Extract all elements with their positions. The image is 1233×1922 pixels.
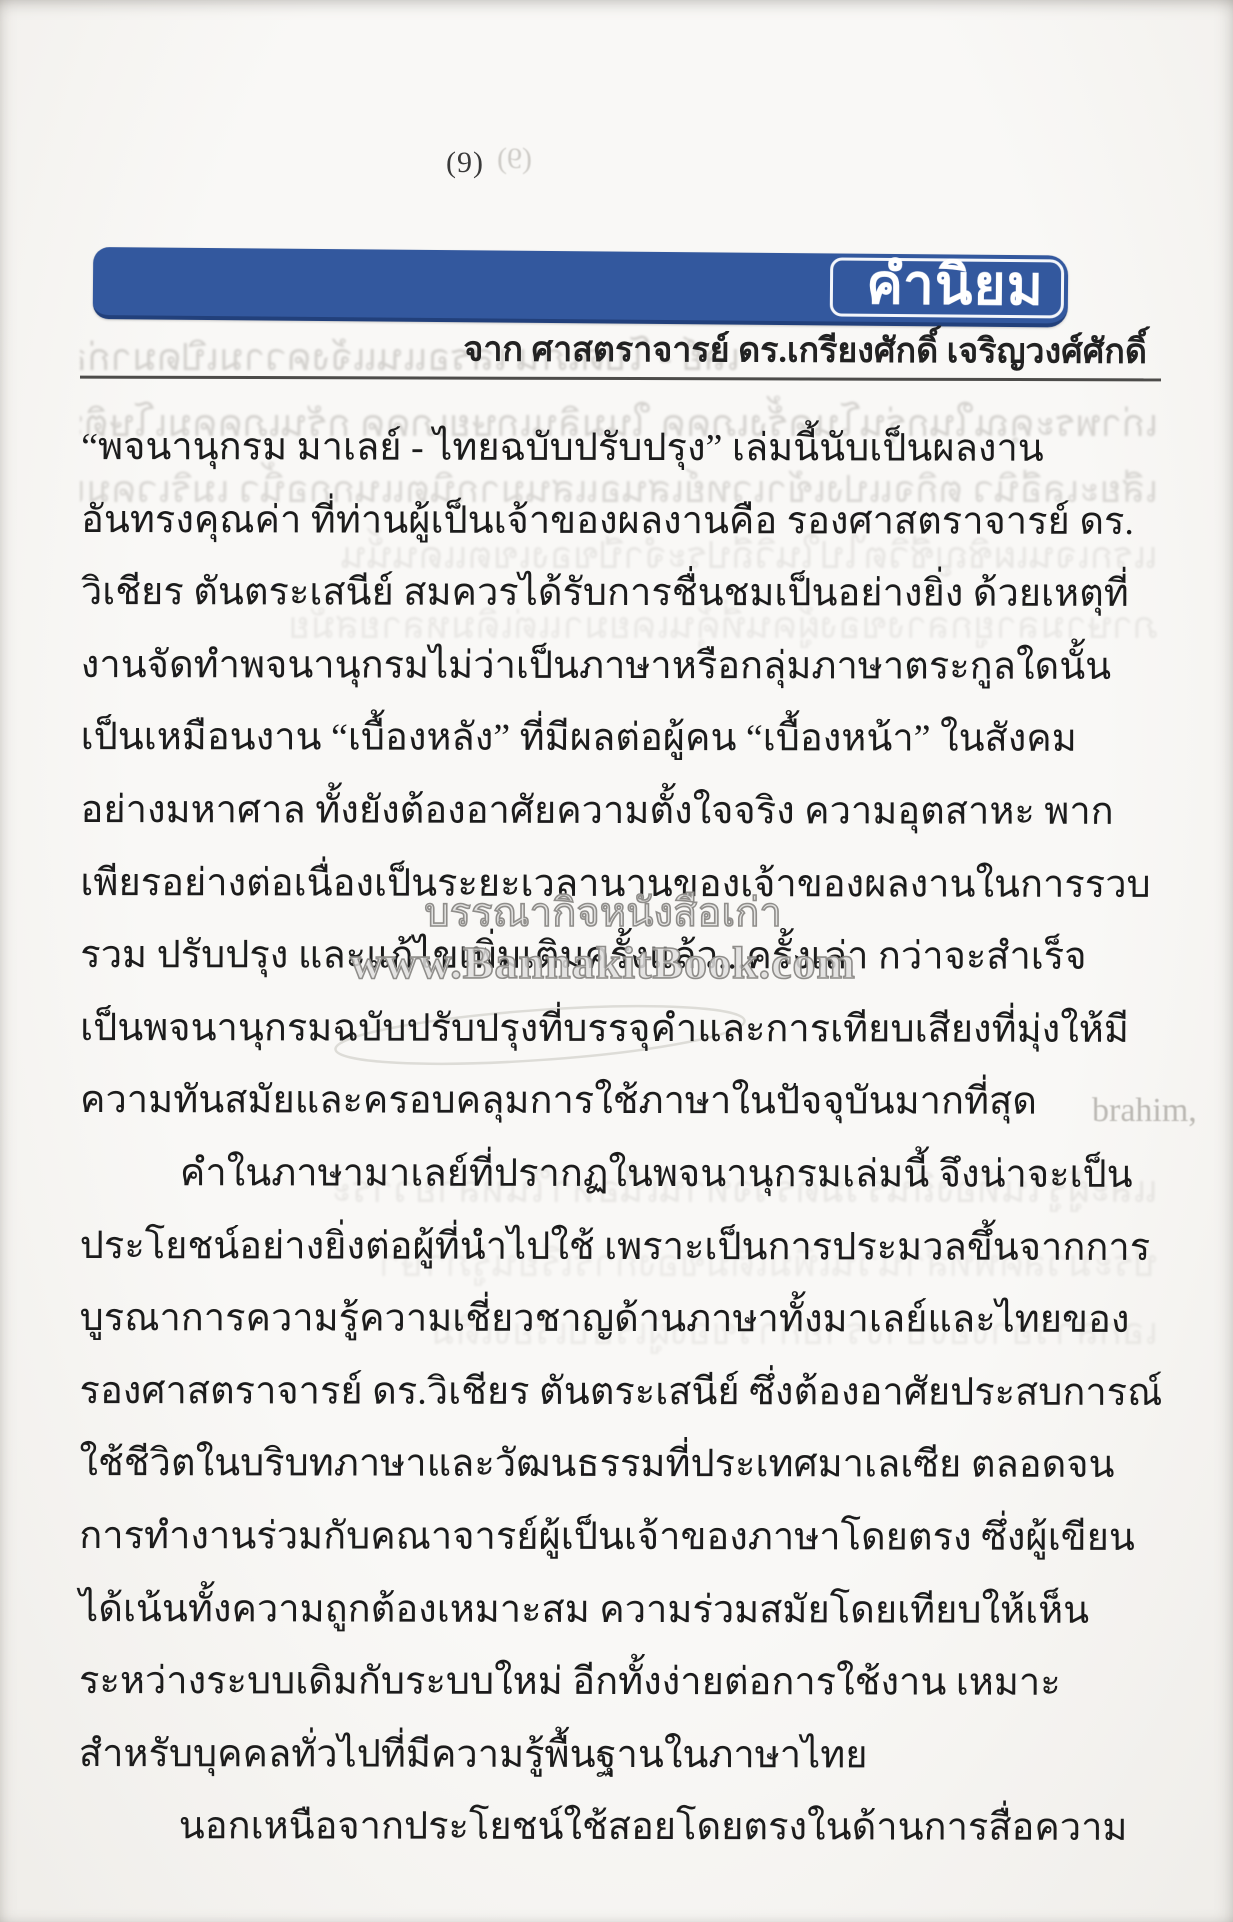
text-line: ความทันสมัยและครอบคลุมการใช้ภาษาในปัจจุบ… <box>80 1064 1158 1138</box>
text-line: ประโยชน์อย่างยิ่งต่อผู้ที่นำไปใช้ เพราะเ… <box>80 1210 1158 1284</box>
text-line: นอกเหนือจากประโยชน์ใช้สอยโดยตรงในด้านการ… <box>79 1790 1157 1864</box>
text-line: รองศาสตราจารย์ ดร.วิเชียร ตันตระเสนีย์ ซ… <box>79 1355 1157 1429</box>
text-line: บูรณาการความรู้ความเชี่ยวชาญด้านภาษาทั้ง… <box>80 1282 1158 1356</box>
paragraph-3: นอกเหนือจากประโยชน์ใช้สอยโดยตรงในด้านการ… <box>79 1790 1157 1864</box>
paragraph-2: คำในภาษามาเลย์ที่ปรากฏในพจนานุกรมเล่มนี้… <box>79 1137 1158 1792</box>
text-line: เป็นพจนานุกรมฉบับปรับปรุงที่บรรจุคำและกา… <box>80 992 1158 1066</box>
chapter-title: คำนิยม <box>866 241 1045 330</box>
text-line: เพียรอย่างต่อเนื่องเป็นระยะเวลานานของเจ้… <box>80 847 1158 921</box>
text-line: งานจัดทำพจนานุกรมไม่ว่าเป็นภาษาหรือกลุ่ม… <box>81 629 1159 703</box>
text-line: เป็นเหมือนงาน “เบื้องหลัง” ที่มีผลต่อผู้… <box>81 701 1159 775</box>
text-line: รวม ปรับปรุง และแก้ไขเพิ่มเติมครั้งแล้ว.… <box>80 919 1158 993</box>
text-line: อย่างมหาศาล ทั้งยังต้องอาศัยความตั้งใจจร… <box>81 774 1159 848</box>
text-line: ได้เน้นทั้งความถูกต้องเหมาะสม ความร่วมสม… <box>79 1573 1157 1647</box>
paragraph-1: “พจนานุกรม มาเลย์ - ไทยฉบับปรับปรุง” เล่… <box>80 411 1159 1139</box>
text-line: อันทรงคุณค่า ที่ท่านผู้เป็นเจ้าของผลงานค… <box>81 484 1159 558</box>
text-line: สำหรับบุคคลทั่วไปที่มีความรู้พื้นฐานในภา… <box>79 1718 1157 1792</box>
page-number-bleedthrough: (9) <box>497 142 532 176</box>
text-line: วิเชียร ตันตระเสนีย์ สมควรได้รับการชื่นช… <box>81 556 1159 630</box>
chapter-header-bar: คำนิยม <box>93 247 1069 328</box>
text-line: ระหว่างระบบเดิมกับระบบใหม่ อีกทั้งง่ายต่… <box>79 1645 1157 1719</box>
text-line: คำในภาษามาเลย์ที่ปรากฏในพจนานุกรมเล่มนี้… <box>80 1137 1158 1211</box>
body-text: “พจนานุกรม มาเลย์ - ไทยฉบับปรับปรุง” เล่… <box>79 411 1160 1865</box>
text-line: การทำงานร่วมกับคณาจารย์ผู้เป็นเจ้าของภาษ… <box>79 1500 1157 1574</box>
page-number: (9) <box>0 146 930 180</box>
scanned-book-page: (9) (9) เลย์ - โปดเภน เสรอแนแจ้งความเปิด… <box>0 0 1233 1922</box>
chapter-subtitle: จาก ศาสตราจารย์ ดร.เกรียงศักดิ์ เจริญวงศ… <box>80 320 1147 378</box>
text-line: “พจนานุกรม มาเลย์ - ไทยฉบับปรับปรุง” เล่… <box>81 411 1159 485</box>
text-line: ใช้ชีวิตในบริบทภาษาและวัฒนธรรมที่ประเทศม… <box>79 1427 1157 1501</box>
